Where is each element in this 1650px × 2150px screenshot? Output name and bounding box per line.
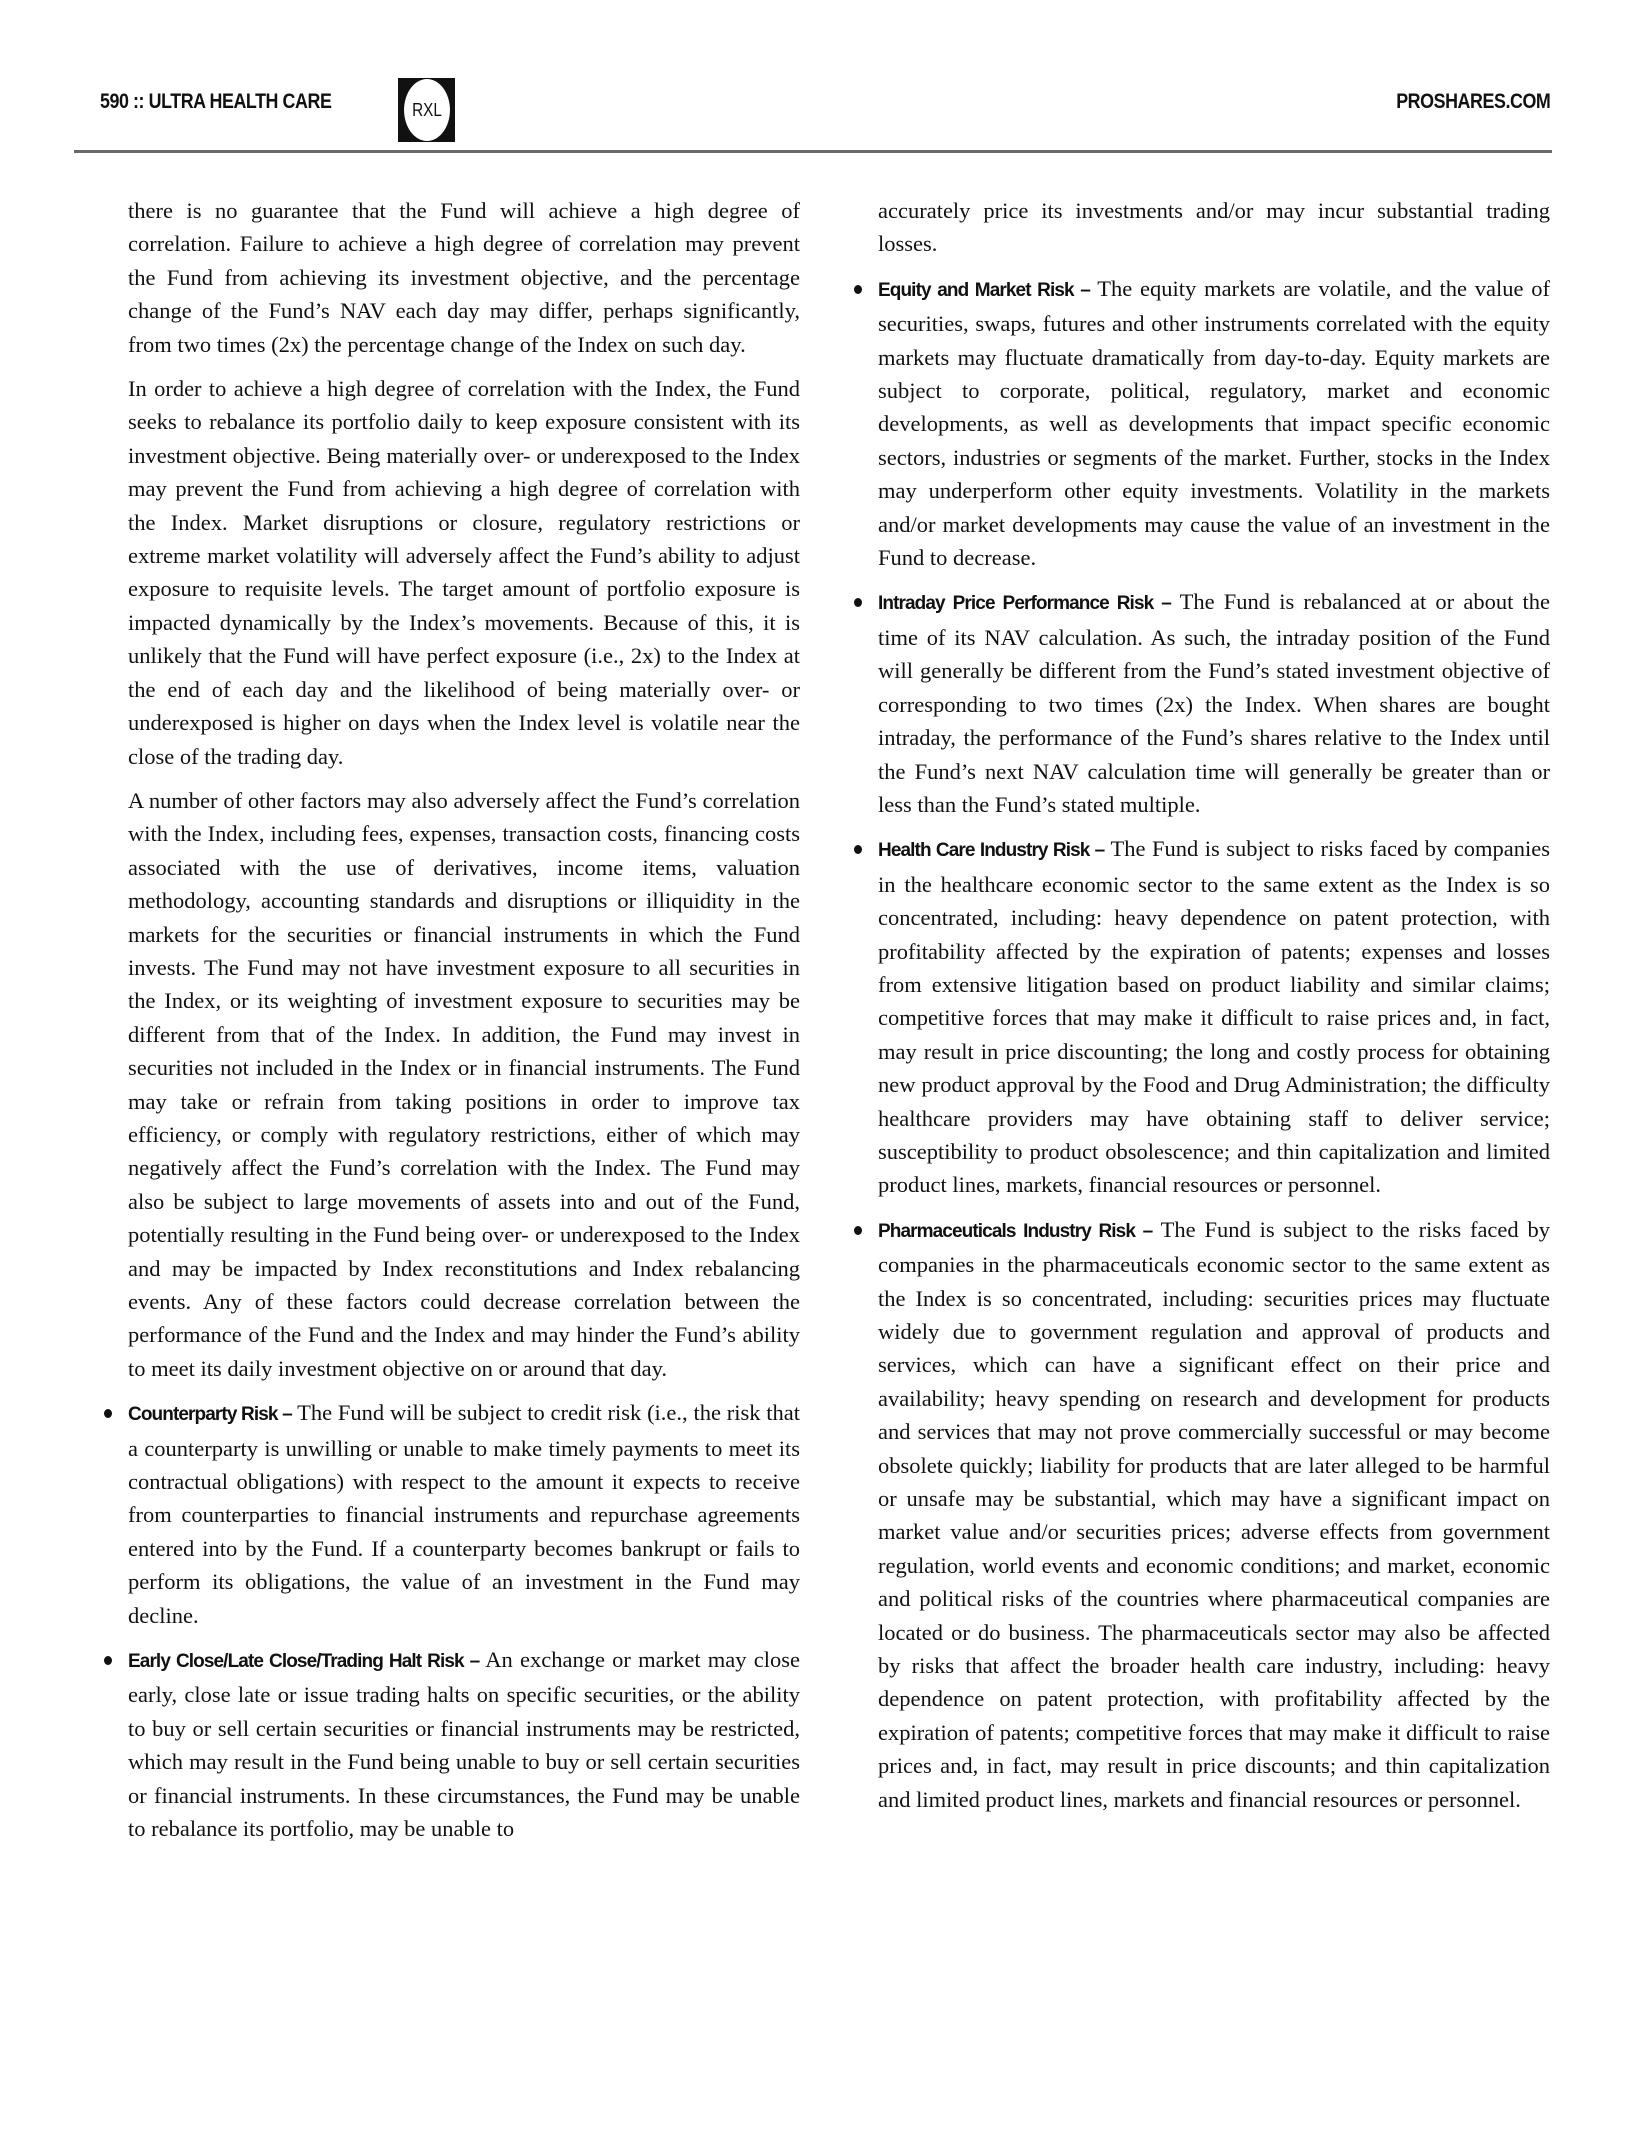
bullet-icon <box>854 285 862 294</box>
website-link[interactable]: PROSHARES.COM <box>1396 90 1550 114</box>
risk-label: Pharmaceuticals Industry Risk – <box>878 1221 1152 1242</box>
risk-bullet-equity-market: Equity and Market Risk – The equity mark… <box>878 272 1550 575</box>
paragraph-continuation: accurately price its investments and/or … <box>878 194 1550 261</box>
right-column: accurately price its investments and/or … <box>878 194 1550 1827</box>
risk-label: Health Care Industry Risk – <box>878 840 1104 861</box>
paragraph: there is no guarantee that the Fund will… <box>128 194 800 361</box>
risk-bullet-health-care: Health Care Industry Risk – The Fund is … <box>878 832 1550 1201</box>
risk-text: The Fund is rebalanced at or about the t… <box>878 589 1550 816</box>
page-number-and-fund-title: 590 :: ULTRA HEALTH CARE <box>100 90 331 114</box>
risk-label: Equity and Market Risk – <box>878 280 1090 301</box>
risk-text: An exchange or market may close early, c… <box>128 1647 800 1841</box>
risk-text: The equity markets are volatile, and the… <box>878 276 1550 570</box>
risk-text: The Fund will be subject to credit risk … <box>128 1400 800 1627</box>
risk-bullet-intraday: Intraday Price Performance Risk – The Fu… <box>878 585 1550 821</box>
risk-bullet-pharmaceuticals: Pharmaceuticals Industry Risk – The Fund… <box>878 1213 1550 1816</box>
header-divider <box>74 150 1552 153</box>
paragraph: In order to achieve a high degree of cor… <box>128 372 800 773</box>
risk-bullet-early-close: Early Close/Late Close/Trading Halt Risk… <box>128 1643 800 1845</box>
risk-text: The Fund is subject to the risks faced b… <box>878 1217 1550 1812</box>
ticker-logo-text: RXL <box>404 79 450 141</box>
page-header: 590 :: ULTRA HEALTH CARE RXL PROSHARES.C… <box>0 0 1650 160</box>
bullet-icon <box>854 598 862 607</box>
bullet-icon <box>104 1656 112 1665</box>
risk-bullet-counterparty: Counterparty Risk – The Fund will be sub… <box>128 1396 800 1632</box>
paragraph: A number of other factors may also adver… <box>128 784 800 1385</box>
ticker-logo: RXL <box>398 78 455 142</box>
left-column: there is no guarantee that the Fund will… <box>128 194 800 1857</box>
bullet-icon <box>854 1226 862 1235</box>
bullet-icon <box>854 845 862 854</box>
risk-label: Counterparty Risk – <box>128 1404 292 1425</box>
risk-label: Intraday Price Performance Risk – <box>878 593 1171 614</box>
risk-label: Early Close/Late Close/Trading Halt Risk… <box>128 1651 479 1672</box>
risk-text: The Fund is subject to risks faced by co… <box>878 836 1550 1197</box>
bullet-icon <box>104 1409 112 1418</box>
